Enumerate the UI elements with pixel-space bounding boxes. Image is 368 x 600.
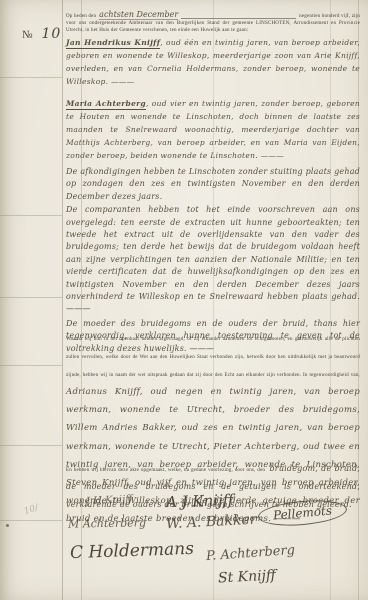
act-number: №10 <box>22 26 61 42</box>
bride-paragraph: Maria Achterberg, oud vier en twintig ja… <box>66 97 360 162</box>
signature-bride: M Achterberg <box>68 516 146 530</box>
margin-ruling-line <box>0 215 62 216</box>
documents-paragraph: De comparanten hebben tot het einde voor… <box>66 204 360 316</box>
column-rule <box>62 0 63 600</box>
margin-ruling-line <box>0 445 62 446</box>
signature-witness-c: P. Achterberg <box>206 543 296 564</box>
margin-ruling-line <box>0 365 62 366</box>
ink-speck <box>6 524 9 527</box>
intro-printed-right: negentien honderd vijf, zijn <box>299 13 360 20</box>
intro-printed-left: Op heden den <box>66 13 96 20</box>
signature-witness-d: St Knijff <box>218 567 277 586</box>
groom-name: Jan Hendrikus Knijff <box>66 38 160 49</box>
bride-name: Maria Achterberg <box>66 99 146 110</box>
intro-paragraph: voor ons ondergeteekende Ambtenaar van d… <box>66 20 360 34</box>
act-number-label: № <box>22 29 34 41</box>
handwritten-date: achtsten December <box>99 10 178 20</box>
signature-witness-a: A J Knijff <box>166 491 234 511</box>
act-number-value: 10 <box>42 26 62 42</box>
vows-printed: Waarna wij hun in het openbaar hebben af… <box>66 337 360 378</box>
marriage-act-scan: №10 Op heden den achtsten December negen… <box>0 0 368 600</box>
signature-witness-b: W. A. Bakker <box>166 512 257 533</box>
intro-date-line: Op heden den achtsten December negentien… <box>66 10 360 20</box>
margin-ruling-line <box>0 77 62 78</box>
signature-mother: C Holdermans <box>70 539 195 563</box>
banns-paragraph: De afkondigingen hebben te Linschoten zo… <box>66 166 360 203</box>
margin-ruling-line <box>0 520 62 521</box>
closing-printed: En hebben wij hiervan deze akte opgemaak… <box>66 468 265 473</box>
margin-pencil-note: 10/ <box>23 503 40 517</box>
fill-rule <box>181 12 296 19</box>
margin-ruling-line <box>0 297 62 298</box>
groom-paragraph: Jan Hendrikus Knijff, oud één en twintig… <box>66 36 360 88</box>
